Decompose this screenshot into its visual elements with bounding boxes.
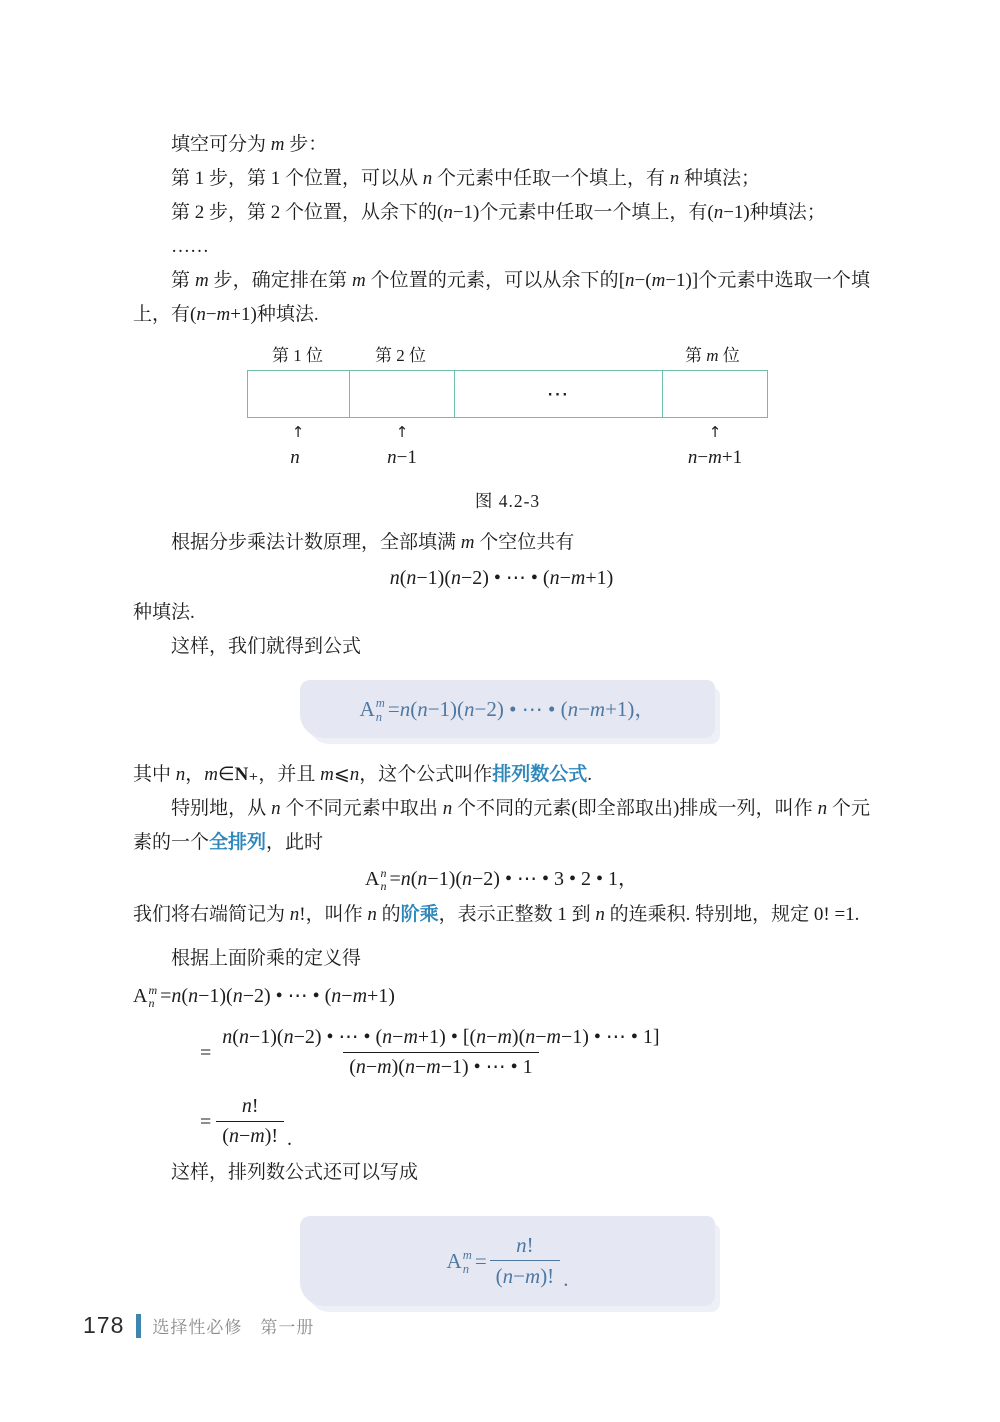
A-n-n-symbol: A n n xyxy=(365,861,389,897)
page-content: 填空可分为 m 步： 第 1 步，第 1 个位置，可以从 n 个元素中任取一个填… xyxy=(133,128,870,1306)
up-arrow-icon: ↑ xyxy=(396,418,409,446)
figure-choice-counts: n n−1 n−m+1 xyxy=(247,446,768,472)
up-arrow-icon: ↑ xyxy=(709,418,722,446)
paragraph-step-2: 第 2 步，第 2 个位置，从余下的(n−1)个元素中任取一个填上，有(n−1)… xyxy=(133,196,870,230)
choice-count-2: n−1 xyxy=(387,446,417,470)
A-supsub: m n xyxy=(376,696,385,724)
textbook-page: 填空可分为 m 步： 第 1 步，第 1 个位置，可以从 n 个元素中任取一个填… xyxy=(0,0,1000,1422)
choice-count-m: n−m+1 xyxy=(688,446,742,470)
figure-position-labels: 第 1 位 第 2 位 第 m 位 xyxy=(247,344,768,370)
paragraph-rewrite: 这样，排列数公式还可以写成 xyxy=(133,1156,870,1190)
slot-ellipsis-text: ⋯ xyxy=(547,383,571,405)
derivation-line-1-rest: =n(n−1)(n−2) • ⋯ • (n−m+1) xyxy=(160,978,395,1014)
paragraph-factorial: 我们将右端简记为 n!，叫作 n 的阶乘，表示正整数 1 到 n 的连乘积. 特… xyxy=(133,898,870,932)
paragraph-thus-formula: 这样，我们就得到公式 xyxy=(133,630,870,664)
equals-sign: = xyxy=(200,1036,211,1070)
position-label-2: 第 2 位 xyxy=(375,344,426,368)
formula-full-permutation: A n n =n(n−1)(n−2) • ⋯ • 3 • 2 • 1， xyxy=(133,861,870,897)
A-n-m-symbol: A m n xyxy=(133,978,160,1014)
A-base: A xyxy=(365,861,379,897)
fraction-denominator: (n−m)! xyxy=(216,1121,284,1150)
A-subscript: n xyxy=(148,997,157,1010)
A-base: A xyxy=(360,692,375,726)
A-supsub: m n xyxy=(463,1248,472,1276)
A-base: A xyxy=(133,978,147,1014)
formula-box-permutation-factorial: A m n = n! (n−m)! . xyxy=(300,1216,715,1306)
period: . xyxy=(563,1268,568,1291)
A-superscript: n xyxy=(380,867,386,880)
fraction: n! (n−m)! xyxy=(216,1093,284,1150)
page-footer: 178 选择性必修 第一册 xyxy=(83,1312,314,1339)
fraction-denominator: (n−m)(n−m−1) • ⋯ • 1 xyxy=(343,1052,538,1081)
figure-slot-boxes: ⋯ xyxy=(247,370,768,418)
footer-divider-bar xyxy=(136,1314,141,1338)
fraction-numerator: n! xyxy=(510,1231,540,1260)
slot-box-1 xyxy=(247,370,350,418)
fraction: n! (n−m)! xyxy=(490,1231,561,1291)
up-arrow-icon: ↑ xyxy=(292,418,305,446)
slot-box-ellipsis: ⋯ xyxy=(454,370,663,418)
slot-box-m xyxy=(662,370,768,418)
A-supsub: m n xyxy=(148,984,157,1011)
book-title: 选择性必修 第一册 xyxy=(152,1313,314,1338)
choice-count-1: n xyxy=(290,446,300,470)
formula-fill-count: n(n−1)(n−2) • ⋯ • (n−m+1) xyxy=(133,560,870,596)
paragraph-full-permutation: 特别地，从 n 个不同元素中取出 n 个不同的元素(即全部取出)排成一列，叫作 … xyxy=(133,792,870,860)
A-n-m-symbol: A m n xyxy=(447,1244,475,1278)
figure-4-2-3: 第 1 位 第 2 位 第 m 位 ⋯ ↑ ↑ ↑ n n−1 n−m+1 xyxy=(247,344,768,518)
formula-box-permutation-product: A m n =n(n−1)(n−2) • ⋯ • (n−m+1)， xyxy=(300,680,715,738)
derivation-line-1: A m n =n(n−1)(n−2) • ⋯ • (n−m+1) xyxy=(133,978,870,1014)
slot-box-2 xyxy=(349,370,455,418)
A-subscript: n xyxy=(376,710,385,724)
equals-sign: = xyxy=(475,1244,487,1278)
A-superscript: m xyxy=(148,984,157,997)
paragraph-step-1: 第 1 步，第 1 个位置，可以从 n 个元素中任取一个填上，有 n 种填法； xyxy=(133,162,870,196)
paragraph-formula-name: 其中 n，m∈N₊，并且 m⩽n，这个公式叫作排列数公式. xyxy=(133,758,870,792)
A-subscript: n xyxy=(463,1262,472,1276)
formula-rest: =n(n−1)(n−2) • ⋯ • (n−m+1)， xyxy=(388,697,656,721)
A-base: A xyxy=(447,1244,462,1278)
paragraph-ellipsis: …… xyxy=(133,230,870,264)
fraction-denominator: (n−m)! xyxy=(490,1260,561,1290)
fraction-numerator: n! xyxy=(236,1093,265,1121)
formula-rest: =n(n−1)(n−2) • ⋯ • 3 • 2 • 1， xyxy=(389,861,638,897)
A-superscript: m xyxy=(376,696,385,710)
position-label-1: 第 1 位 xyxy=(272,344,323,368)
paragraph-fill-ways: 种填法. xyxy=(133,596,870,630)
period: . xyxy=(287,1128,292,1150)
fraction: n(n−1)(n−2) • ⋯ • (n−m+1) • [(n−m)(n−m−1… xyxy=(216,1024,665,1081)
figure-arrows: ↑ ↑ ↑ xyxy=(247,418,768,446)
fraction-numerator: n(n−1)(n−2) • ⋯ • (n−m+1) • [(n−m)(n−m−1… xyxy=(216,1024,665,1052)
derivation-line-2: = n(n−1)(n−2) • ⋯ • (n−m+1) • [(n−m)(n−m… xyxy=(200,1024,870,1081)
equals-sign: = xyxy=(200,1105,211,1139)
A-n-m-symbol: A m n xyxy=(360,692,388,726)
paragraph-by-definition: 根据上面阶乘的定义得 xyxy=(133,942,870,976)
position-label-m: 第 m 位 xyxy=(685,344,740,368)
paragraph-step-m: 第 m 步，确定排在第 m 个位置的元素，可以从余下的[n−(m−1)]个元素中… xyxy=(133,264,870,332)
derivation-block: A m n =n(n−1)(n−2) • ⋯ • (n−m+1) = n(n−1… xyxy=(133,978,870,1150)
A-supsub: n n xyxy=(380,867,386,894)
paragraph-principle: 根据分步乘法计数原理，全部填满 m 个空位共有 xyxy=(133,526,870,560)
A-superscript: m xyxy=(463,1248,472,1262)
A-subscript: n xyxy=(380,880,386,893)
derivation-line-3: = n! (n−m)! . xyxy=(200,1093,870,1150)
paragraph-fill-steps: 填空可分为 m 步： xyxy=(133,128,870,162)
page-number: 178 xyxy=(83,1312,124,1339)
figure-caption: 图 4.2-3 xyxy=(247,484,768,518)
